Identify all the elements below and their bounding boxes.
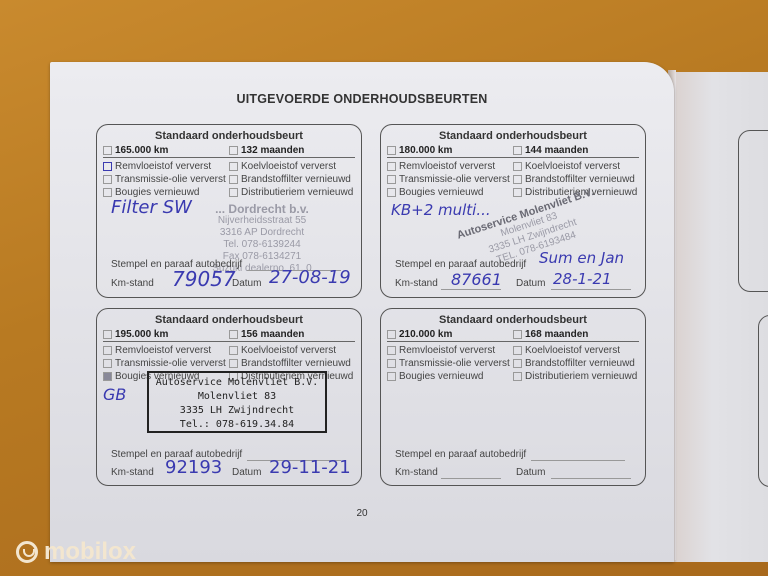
item-label: Brandstoffilter vernieuwd	[525, 174, 635, 185]
card-header: Standaard onderhoudsbeurt	[97, 130, 361, 142]
km-label: 180.000 km	[399, 145, 452, 156]
item-label: Brandstoffilter vernieuwd	[241, 174, 351, 185]
datum-label: Datum	[516, 278, 545, 289]
mobilox-logo-icon	[16, 541, 38, 563]
stamp-label: Stempel en paraaf autobedrijf	[395, 449, 526, 460]
km-label: 165.000 km	[115, 145, 168, 156]
checkbox[interactable]	[387, 162, 396, 171]
km-stand-label: Km-stand	[395, 467, 438, 478]
months-label: 156 maanden	[241, 329, 304, 340]
page-title: UITGEVOERDE ONDERHOUDSBEURTEN	[50, 92, 674, 106]
checkbox-checked[interactable]	[103, 162, 112, 171]
km-label: 195.000 km	[115, 329, 168, 340]
item-label: Bougies vernieuwd	[399, 187, 484, 198]
months-label: 168 maanden	[525, 329, 588, 340]
page-number: 20	[50, 508, 674, 519]
checkbox[interactable]	[229, 346, 238, 355]
datum-value: 28-1-21	[553, 270, 612, 288]
checkbox[interactable]	[513, 175, 522, 184]
next-page-card	[738, 130, 768, 292]
km-stand-value: 87661	[451, 270, 502, 289]
checkbox-checked[interactable]	[103, 372, 112, 381]
stamp-line	[531, 460, 625, 461]
checkbox[interactable]	[513, 330, 522, 339]
checkbox[interactable]	[387, 188, 396, 197]
checkbox[interactable]	[229, 188, 238, 197]
checkbox[interactable]	[513, 372, 522, 381]
datum-value: 27-08-19	[269, 267, 351, 288]
card-header: Standaard onderhoudsbeurt	[381, 130, 645, 142]
service-card-4: Standaard onderhoudsbeurt 210.000 km168 …	[380, 308, 646, 486]
checkbox[interactable]	[387, 330, 396, 339]
service-card-1: Standaard onderhoudsbeurt 165.000 km 132…	[96, 124, 362, 298]
checkbox[interactable]	[229, 330, 238, 339]
checkbox[interactable]	[513, 346, 522, 355]
handwritten-note: GB	[103, 385, 126, 404]
datum-line[interactable]	[551, 478, 631, 479]
datum-label: Datum	[232, 278, 261, 289]
watermark-logo: mobilox	[16, 538, 136, 566]
km-line	[441, 289, 501, 290]
item-label: Transmissie-olie ververst	[115, 358, 226, 369]
dealer-stamp: Autoservice Molenvliet B.V. Molenvliet 8…	[147, 371, 327, 433]
item-label: Transmissie-olie ververst	[399, 174, 510, 185]
checkbox[interactable]	[229, 162, 238, 171]
months-label: 144 maanden	[525, 145, 588, 156]
checkbox[interactable]	[387, 146, 396, 155]
item-label: Koelvloeistof ververst	[525, 161, 620, 172]
item-label: Transmissie-olie ververst	[115, 174, 226, 185]
watermark-text: mobilox	[44, 538, 136, 566]
item-label: Koelvloeistof ververst	[241, 161, 336, 172]
item-label: Remvloeistof ververst	[399, 161, 495, 172]
checkbox[interactable]	[103, 359, 112, 368]
checkbox[interactable]	[513, 146, 522, 155]
km-stand-label: Km-stand	[111, 467, 154, 478]
datum-value: 29-11-21	[269, 457, 351, 478]
item-label: Remvloeistof ververst	[115, 161, 211, 172]
checkbox[interactable]	[229, 359, 238, 368]
km-stand-label: Km-stand	[111, 278, 154, 289]
next-page-card	[758, 315, 768, 487]
item-label: Remvloeistof ververst	[115, 345, 211, 356]
checkbox[interactable]	[229, 175, 238, 184]
checkbox[interactable]	[103, 346, 112, 355]
item-label: Distributieriem vernieuwd	[241, 187, 353, 198]
checkbox[interactable]	[387, 372, 396, 381]
booklet-page: UITGEVOERDE ONDERHOUDSBEURTEN Standaard …	[50, 62, 674, 562]
item-label: Distributieriem vernieuwd	[525, 371, 637, 382]
checkbox[interactable]	[387, 359, 396, 368]
km-line[interactable]	[441, 478, 501, 479]
item-label: Remvloeistof ververst	[399, 345, 495, 356]
item-label: Brandstoffilter vernieuwd	[525, 358, 635, 369]
item-label: Brandstoffilter vernieuwd	[241, 358, 351, 369]
item-label: Bougies vernieuwd	[399, 371, 484, 382]
checkbox[interactable]	[387, 346, 396, 355]
service-card-2: Standaard onderhoudsbeurt 180.000 km144 …	[380, 124, 646, 298]
card-header: Standaard onderhoudsbeurt	[381, 314, 645, 326]
datum-line	[551, 289, 631, 290]
checkbox[interactable]	[103, 175, 112, 184]
checkbox[interactable]	[229, 146, 238, 155]
item-label: Transmissie-olie ververst	[399, 358, 510, 369]
km-label: 210.000 km	[399, 329, 452, 340]
item-label: Koelvloeistof ververst	[525, 345, 620, 356]
checkbox[interactable]	[513, 188, 522, 197]
checkbox[interactable]	[513, 162, 522, 171]
checkbox[interactable]	[387, 175, 396, 184]
months-label: 132 maanden	[241, 145, 304, 156]
datum-label: Datum	[232, 467, 261, 478]
checkbox[interactable]	[103, 330, 112, 339]
km-stand-label: Km-stand	[395, 278, 438, 289]
checkbox[interactable]	[103, 188, 112, 197]
km-stand-value: 92193	[165, 457, 222, 478]
km-stand-value: 79057	[172, 267, 236, 291]
checkbox[interactable]	[513, 359, 522, 368]
signature: Sum en Jan	[539, 249, 624, 267]
item-label: Koelvloeistof ververst	[241, 345, 336, 356]
card-header: Standaard onderhoudsbeurt	[97, 314, 361, 326]
checkbox[interactable]	[103, 146, 112, 155]
datum-label: Datum	[516, 467, 545, 478]
handwritten-note: KB+2 multi...	[391, 201, 491, 219]
stamp-label: Stempel en paraaf autobedrijf	[395, 259, 526, 270]
card-km-row: 165.000 km 132 maanden	[103, 145, 355, 158]
service-card-3: Standaard onderhoudsbeurt 195.000 km156 …	[96, 308, 362, 486]
